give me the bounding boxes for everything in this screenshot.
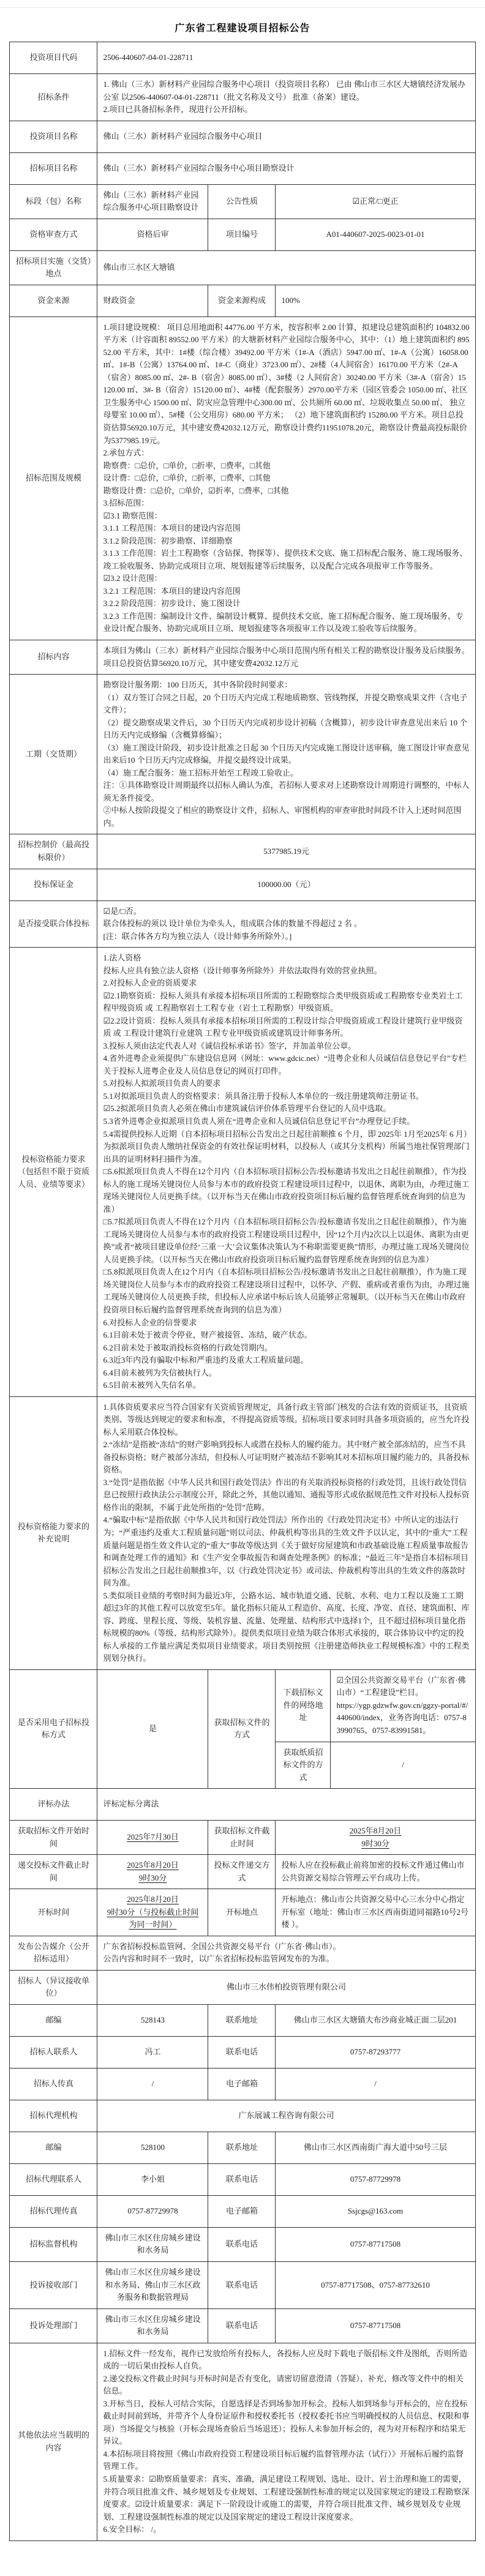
text-line: ☑3.1 勘察范围： — [103, 510, 469, 523]
row-agency-contact: 招标代理联系人李小姐联系电话0757-87729978 — [10, 2163, 475, 2195]
text-line: ☑5.2拟派项目负责人必须在佛山市建筑诚信评价体系管理平台登记的人员中选取。 — [103, 1103, 469, 1115]
electronic-bidding-paper-label: 获取纸质招标文件的方式 — [276, 1742, 331, 1789]
electronic-bidding-download-label: 下载招标文件的网络地址 — [276, 1669, 331, 1742]
text-line: 5.1对拟派项目负责人的资格要求：须具备注册于投标人本单位的一级注册建筑师注册证… — [103, 1090, 469, 1103]
text-line: 3.“处罚”是指依据《中华人民共和国行政处罚法》作出的有关取消投标资格的行政处罚… — [103, 1477, 469, 1515]
supervision-agency-value-2: 0757-87717508 — [276, 2227, 475, 2261]
bidder-qualification-requirements-label: 投标资格能力要求（包括但不限于资质人员、业绩等要求） — [10, 948, 97, 1397]
bid-section-name-value: 佛山（三水）新材料产业园综合服务中心项目勘察设计 — [97, 184, 208, 219]
text-line: 2.承包方式： — [103, 447, 469, 460]
text-line: 勘察费：□总价，□单价，□折率，□费率，□其他 — [103, 460, 469, 473]
row-announcement-media: 发布公告媒介（公开招标适用）广东省招标投标监管网、全国公共资源交易平台（广东省·… — [10, 1936, 475, 1970]
agency-contact-value-2: 0757-87729978 — [276, 2163, 475, 2195]
text-line: （2）提交勘察成果文件后，30 个日历天内完成初步设计初稿（含概算），初步设计审… — [103, 717, 469, 742]
text-line: ☑3.2 设计范围： — [103, 572, 469, 585]
tender-scope-and-scale-value: 1.项目建设规模： 项目总用地面积 44776.00 平方米，按容积率 2.00… — [97, 316, 475, 640]
announcement-table: 投资项目代码2506-440607-04-01-228711招标条件1. 佛山（… — [9, 42, 475, 2541]
text-line: 2.对投标人企业的资质要求 — [103, 977, 469, 990]
tenderer-contact-value-2: 0757-87293777 — [276, 2036, 475, 2068]
supervision-agency-label: 招标监督机构 — [10, 2227, 97, 2261]
tenderer-fax-label: 招标人传真 — [10, 2068, 97, 2100]
agency-postcode-label-2: 联系地址 — [208, 2132, 276, 2163]
bid-section-name-label-2: 公告性质 — [208, 184, 276, 219]
qualification-review-method-value-2: A01-440607-2025-0023-01-01 — [276, 219, 475, 250]
construction-period-label: 工期（交货期） — [10, 675, 97, 834]
row-tender-content: 招标内容本项目为佛山（三水）新材料产业园综合服务中心项目范围内所有相关工程的勘察… — [10, 640, 475, 675]
text-line: 5.对投标人拟派项目负责人的要求 — [103, 1077, 469, 1090]
text-line: 2025年8月20日 — [281, 1825, 469, 1838]
text-line: ☑是/□否。 — [103, 905, 469, 918]
electronic-bidding-value: 是 — [97, 1669, 208, 1788]
bid-opening-label-2: 开标地点 — [208, 1889, 276, 1936]
text-line: 4.省外进粤企业须提供广东建设信息网（网址：www.gdcic.net）“进粤企… — [103, 1052, 469, 1077]
qualification-supplementary-notes-value: 1.具体资质要求应当符合国家有关资质管理规定，具备行政主管部门核发的合法有效的资… — [97, 1396, 475, 1669]
text-line: □5.6拟派项目负责人不得在12个月内（自本招标项目招标公告/投标邀请书发出之日… — [103, 1166, 469, 1216]
row-implementation-delivery-location: 招标项目实施（交货）地点佛山市三水区大塘镇 — [10, 250, 475, 285]
electronic-bidding-label: 是否采用电子招标投标方式 — [10, 1669, 97, 1788]
text-line: 6.2目前未处于被取消投标资格的行政处罚期内。 — [103, 1342, 469, 1355]
agency-postcode-value: 528100 — [97, 2132, 208, 2163]
text-line: 4.“骗取中标”是指依据《中华人民共和国行政处罚法》所作出的《行政处罚决定书》中… — [103, 1514, 469, 1589]
tenderer-contact-label-2: 联系电话 — [208, 2036, 276, 2068]
text-line: 投标人应具有独立法人资格（设计师事务所除外）并依法取得有效的营业执照。 — [103, 965, 469, 978]
announcement-media-label: 发布公告媒介（公开招标适用） — [10, 1936, 97, 1970]
text-line: 2.递交投标文件截止时间与开标时间是否有变化，请密切留意澄清（答疑）、补充、修改… — [103, 2373, 469, 2398]
complaint-handling-department-value-2: 0757-87717508 — [276, 2308, 475, 2343]
agency-contact-label: 招标代理联系人 — [10, 2163, 97, 2195]
complaint-handling-department-label-2: 联系电话 — [208, 2308, 276, 2343]
text-line: 3.2.3 工作范围：编制设计文件、编制设计概算、提供技术交底、施工招标配合服务… — [103, 610, 469, 635]
text-line: 2.项目已具备招标条件，现进行公开招标。 — [103, 103, 469, 116]
text-line: 6.对投标人企业的信誉要求 — [103, 1317, 469, 1330]
text-line: 2025年8月20日 — [103, 1859, 202, 1872]
text-line: https://ygp.gdzwfw.gov.cn/ggzy-portal/#/… — [336, 1699, 469, 1737]
investment-project-name-value: 佛山（三水）新材料产业园综合服务中心项目 — [97, 121, 475, 152]
row-complaint-receiving-department: 投诉接收部门佛山市三水区住房城乡建设和水务局、佛山市三水区政务服务和数据管理局联… — [10, 2262, 475, 2309]
text-line: □5.7拟派项目负责人不得在12个月内（自本招标项目招标公告/投标邀请书发出之日… — [103, 1216, 469, 1266]
text-line: 3.开标当日，投标人可结合实际，自愿选择是否到场参加开标会。投标人如到场参与开标… — [103, 2398, 469, 2448]
row-tenderer-postcode: 邮编528143联系地址佛山市三水区大塘镇大布沙商业城正面二层201 — [10, 2004, 475, 2036]
text-line: （3）施工图设计阶段，初步设计批准之日起 30 个日历天内完成施工图设计送审稿，… — [103, 742, 469, 767]
text-line: 9时30分 — [103, 1872, 202, 1885]
other-legal-content-value: 1.招标文件一经发布，视作已发放给所有投标人，各投标人应及时下载电子版招标文件及… — [97, 2343, 475, 2540]
funding-source-label-2: 资金来源构成 — [208, 285, 276, 316]
evaluation-method-value: 评标定标分离法 — [97, 1789, 475, 1821]
funding-source-value-2: 100% — [276, 285, 475, 316]
tenderer-postcode-value-2: 佛山市三水区大塘镇大布沙商业城正面二层201 — [276, 2004, 475, 2036]
row-agency-postcode: 邮编528100联系地址佛山市三水区西南街广海大道中50号三层 — [10, 2132, 475, 2163]
text-line: 5.3省外进粤企业拟派项目负责人须在“进粤企业和人员诚信信息登记平台”办理登记手… — [103, 1115, 469, 1128]
text-line: 1.法人资格 — [103, 952, 469, 965]
qualification-review-method-label-2: 项目编号 — [208, 219, 276, 250]
qualification-review-method-value: 资格后审 — [97, 219, 208, 250]
tender-content-value: 本项目为佛山（三水）新材料产业园综合服务中心项目范围内所有相关工程的勘察设计服务… — [97, 640, 475, 675]
page-top-divider — [0, 7, 485, 8]
row-funding-source: 资金来源财政资金资金来源构成100% — [10, 285, 475, 316]
bid-section-name-value-2: ☑正常/□更正 — [276, 184, 475, 219]
tenderer-postcode-label: 邮编 — [10, 2004, 97, 2036]
bid-section-name-label: 标段（包）名称 — [10, 184, 97, 219]
bid-submission-deadline-label: 递交投标文件截止时间 — [10, 1855, 97, 1889]
text-line: 6.4目前未被列为失信被执行人。 — [103, 1367, 469, 1380]
text-line: 5.4需提供投标人近期（自本招标项目招标公告发出之日起往前顺推 6 个月，即 2… — [103, 1128, 469, 1166]
investment-project-code-label: 投资项目代码 — [10, 42, 97, 74]
text-line: 广东省招标投标监管网、全国公共资源交易平台（广东省·佛山市）。 — [103, 1941, 469, 1953]
text-line: [注：联合体各方均为独立法人（设计师事务所除外）。] — [103, 930, 469, 943]
text-line: ☑2.2设计资质：投标人须具有承接本招标项目所需的工程设计综合甲级资质或工程设计… — [103, 1015, 469, 1040]
bid-submission-deadline-value-2: 投标人应在投标截止前将加密的投标文件通过佛山市公共资源交易综合管理云平台成功上传… — [276, 1855, 475, 1889]
text-line: 公告内容和时间不一致时，以广东省招标投标监管网发布的为准。 — [103, 1953, 469, 1966]
row-tender-control-price: 招标控制价（最高投标限价）5377985.19元 — [10, 834, 475, 869]
document-obtain-time-value-2: 2025年8月20日9时30分 — [276, 1821, 475, 1855]
text-line: 1.项目建设规模： 项目总用地面积 44776.00 平方米，按容积率 2.00… — [103, 321, 469, 447]
text-line: 6.3近3年内没有骗取中标和严重违约及重大工程质量问题。 — [103, 1354, 469, 1367]
bid-submission-deadline-value: 2025年8月20日9时30分 — [97, 1855, 208, 1889]
tender-content-label: 招标内容 — [10, 640, 97, 675]
electronic-bidding-method-label: 获取招标文件的方式 — [208, 1669, 276, 1788]
text-line: 勘察设计服务期：100 日历天，其中各阶段时间要求： — [103, 679, 469, 692]
supervision-agency-label-2: 联系电话 — [208, 2227, 276, 2261]
text-line: ②中标人按阶段提交了相应的勘察设计文件，招标人、审图机构的审查审批时间段不计入上… — [103, 804, 469, 829]
row-electronic-bidding: 是否采用电子招标投标方式是获取招标文件的方式下载招标文件的网络地址☑全国公共资源… — [10, 1669, 475, 1742]
agency-fax-label: 招标代理传真 — [10, 2195, 97, 2227]
complaint-handling-department-value: 佛山市三水区住房城乡建设和水务局 — [97, 2308, 208, 2343]
investment-project-name-label: 投资项目名称 — [10, 121, 97, 152]
text-line: 1.具体资质要求应当符合国家有关资质管理规定，具备行政主管部门核发的合法有效的资… — [103, 1401, 469, 1439]
text-line: 6.5目前未被列入失信名单。 — [103, 1379, 469, 1392]
tender-control-price-value: 5377985.19元 — [97, 834, 475, 869]
text-line: 5.质量要求：☑勘察质量要求：真实、准确，满足建设工程规划、选址、设计、岩土治理… — [103, 2473, 469, 2523]
text-line: 2.“冻结”是指被“冻结”的财产影响到投标人或潜在投标人的履约能力。其中财产被全… — [103, 1439, 469, 1477]
bid-bond-value: 100000.00（元） — [97, 869, 475, 900]
text-line: （1）双方签订合同之日起，20 个日历天内完成工程地质勘察、管线物探，并提交勘察… — [103, 692, 469, 717]
row-bid-bond: 投标保证金100000.00（元） — [10, 869, 475, 900]
bidder-qualification-requirements-value: 1.法人资格投标人应具有独立法人资格（设计师事务所除外）并依法取得有效的营业执照… — [97, 948, 475, 1397]
row-construction-period: 工期（交货期）勘察设计服务期：100 日历天，其中各阶段时间要求：（1）双方签订… — [10, 675, 475, 834]
row-qualification-supplementary-notes: 投标资格能力要求的补充说明1.具体资质要求应当符合国家有关资质管理规定，具备行政… — [10, 1396, 475, 1669]
bid-opening-value-2: 开标地点：佛山市公共资源交易中心三水分中心指定开标室（地址：佛山市三水区西南街道… — [276, 1889, 475, 1936]
row-investment-project-name: 投资项目名称佛山（三水）新材料产业园综合服务中心项目 — [10, 121, 475, 152]
text-line: 3.1.2 阶段范围：初步勘察、详细勘察 — [103, 535, 469, 548]
funding-source-label: 资金来源 — [10, 285, 97, 316]
announcement-media-value: 广东省招标投标监管网、全国公共资源交易平台（广东省·佛山市）。公告内容和时间不一… — [97, 1936, 475, 1970]
consortium-bidding-label: 是否接受联合体投标 — [10, 900, 97, 948]
agency-fax-value: 0757-87729978 — [97, 2195, 208, 2227]
row-consortium-bidding: 是否接受联合体投标☑是/□否。联合体投标的须以 设计单位为牵头人，组成联合体的数… — [10, 900, 475, 948]
investment-project-code-value: 2506-440607-04-01-228711 — [97, 42, 475, 74]
complaint-handling-department-label: 投诉处理部门 — [10, 2308, 97, 2343]
text-line: 5.类似项目业绩的考察时间为最近3年，公路水运、城市轨道交通、民航、水利、电力工… — [103, 1590, 469, 1665]
tender-agency-value: 广东展诚工程咨询有限公司 — [97, 2100, 475, 2132]
document-obtain-time-label: 获取招标文件开始时间 — [10, 1821, 97, 1855]
row-bid-opening: 开标时间2025年8月20日9时30分（与投标截止时间为同一时间）开标地点开标地… — [10, 1889, 475, 1936]
text-line: 6.安全目标： /。 — [103, 2523, 469, 2536]
supervision-agency-value: 佛山市三水区住房城乡建设和水务局 — [97, 2227, 208, 2261]
tenderer-value: 佛山市三水伟柏投资管理有限公司 — [97, 1970, 475, 2004]
bid-submission-deadline-label-2: 投标文件递交方式 — [208, 1855, 276, 1889]
text-line: 3.2.1 工程范围：本项目的建设内容范围 — [103, 585, 469, 598]
consortium-bidding-value: ☑是/□否。联合体投标的须以 设计单位为牵头人，组成联合体的数量不得超过 2 名… — [97, 900, 475, 948]
row-tenderer: 招标人（异议接收单位）佛山市三水伟柏投资管理有限公司 — [10, 1970, 475, 2004]
bid-bond-label: 投标保证金 — [10, 869, 97, 900]
row-investment-project-code: 投资项目代码2506-440607-04-01-228711 — [10, 42, 475, 74]
tender-control-price-label: 招标控制价（最高投标限价） — [10, 834, 97, 869]
agency-contact-label-2: 联系电话 — [208, 2163, 276, 2195]
complaint-receiving-department-label-2: 联系电话 — [208, 2262, 276, 2309]
row-tenderer-fax: 招标人传真/电子邮箱/ — [10, 2068, 475, 2100]
tender-conditions-value: 1. 佛山（三水）新材料产业园综合服务中心项目（投资项目名称） 已由 佛山市三水… — [97, 74, 475, 121]
text-line: 9时30分（与投标截止时间为同一时间） — [103, 1906, 202, 1931]
text-line: 4.本招标项目将按照《佛山市政府投资工程建设项目标后履约监督管理办法（试行）》开… — [103, 2448, 469, 2473]
text-line: 1.招标文件一经发布，视作已发放给所有投标人，各投标人应及时下载电子版招标文件及… — [103, 2348, 469, 2373]
document-obtain-time-value: 2025年7月30日 — [97, 1821, 208, 1855]
row-bidder-qualification-requirements: 投标资格能力要求（包括但不限于资质人员、业绩等要求）1.法人资格投标人应具有独立… — [10, 948, 475, 1397]
agency-fax-label-2: 电子邮箱 — [208, 2195, 276, 2227]
evaluation-method-label: 评标办法 — [10, 1789, 97, 1821]
qualification-supplementary-notes-label: 投标资格能力要求的补充说明 — [10, 1396, 97, 1669]
text-line: 9时30分 — [281, 1838, 469, 1851]
agency-fax-value-2: Ssjcgs@163.com — [276, 2195, 475, 2227]
tenderer-postcode-value: 528143 — [97, 2004, 208, 2036]
electronic-bidding-download-value: ☑全国公共资源交易平台（广东省·佛山市）“工程建设”栏目。https://ygp… — [331, 1669, 475, 1742]
other-legal-content-label: 其他依法应当载明的内容 — [10, 2343, 97, 2540]
text-line: 3.1.3 工作范围：岩土工程勘察（含钻探、物探等）、提供技术交底、施工招标配合… — [103, 547, 469, 572]
text-line: 6.1目前未处于被责令停业，财产被接管、冻结，破产状态。 — [103, 1329, 469, 1342]
tenderer-contact-label: 招标人联系人 — [10, 2036, 97, 2068]
row-bid-section-name: 标段（包）名称佛山（三水）新材料产业园综合服务中心项目勘察设计公告性质☑正常/□… — [10, 184, 475, 219]
complaint-receiving-department-value-2: 0757-87717508、0757-87732610 — [276, 2262, 475, 2309]
implementation-delivery-location-value: 佛山市三水区大塘镇 — [97, 250, 475, 285]
tender-project-name-label: 招标项目名称 — [10, 152, 97, 184]
row-document-obtain-time: 获取招标文件开始时间2025年7月30日获取招标文件截止时间2025年8月20日… — [10, 1821, 475, 1855]
tender-agency-label: 招标代理机构 — [10, 2100, 97, 2132]
text-line: □5.8拟派项目负责人在12个月内（自本招标项目招标公告/投标邀请书发出之日起往… — [103, 1266, 469, 1316]
row-supervision-agency: 招标监督机构佛山市三水区住房城乡建设和水务局联系电话0757-87717508 — [10, 2227, 475, 2261]
row-complaint-handling-department: 投诉处理部门佛山市三水区住房城乡建设和水务局联系电话0757-87717508 — [10, 2308, 475, 2343]
text-line: ☑2.1勘察资质：投标人须具有承接本招标项目所需的工程勘察综合类甲级资质或工程勘… — [103, 990, 469, 1015]
text-line: 注：①具体勘察设计周期最终以招标人确认为准，若招标人要求对上述勘察设计周期进行调… — [103, 779, 469, 804]
text-line: 2025年8月20日 — [103, 1893, 202, 1906]
text-line: ☑全国公共资源交易平台（广东省·佛山市）“工程建设”栏目。 — [336, 1674, 469, 1699]
row-tender-conditions: 招标条件1. 佛山（三水）新材料产业园综合服务中心项目（投资项目名称） 已由 佛… — [10, 74, 475, 121]
funding-source-value: 财政资金 — [97, 285, 208, 316]
tenderer-label: 招标人（异议接收单位） — [10, 1970, 97, 2004]
text-line: 3.投标人须由法定代表人对《诚信投标承诺书》签字，并加盖单位公章。 — [103, 1040, 469, 1053]
tender-conditions-label: 招标条件 — [10, 74, 97, 121]
tenderer-fax-label-2: 电子邮箱 — [208, 2068, 276, 2100]
text-line: 勘察设计费：□总价，□单价，☑折率，□费率，□其他 — [103, 485, 469, 498]
text-line: （4）施工配合服务：施工招标开始至工程竣工验收止。 — [103, 767, 469, 780]
tenderer-fax-value: / — [97, 2068, 208, 2100]
tender-project-name-value: 佛山（三水）新材料产业园综合服务中心项目勘察设计 — [97, 152, 475, 184]
bid-opening-label: 开标时间 — [10, 1889, 97, 1936]
row-evaluation-method: 评标办法评标定标分离法 — [10, 1789, 475, 1821]
text-line: 1. 佛山（三水）新材料产业园综合服务中心项目（投资项目名称） 已由 佛山市三水… — [103, 78, 469, 103]
tender-scope-and-scale-label: 招标范围及规模 — [10, 316, 97, 640]
tenderer-postcode-label-2: 联系地址 — [208, 2004, 276, 2036]
row-tender-agency: 招标代理机构广东展诚工程咨询有限公司 — [10, 2100, 475, 2132]
announcement-table-rows: 投资项目代码2506-440607-04-01-228711招标条件1. 佛山（… — [10, 42, 475, 2541]
agency-postcode-value-2: 佛山市三水区西南街广海大道中50号三层 — [276, 2132, 475, 2163]
electronic-bidding-paper-value: / — [331, 1742, 475, 1789]
complaint-receiving-department-value: 佛山市三水区住房城乡建设和水务局、佛山市三水区政务服务和数据管理局 — [97, 2262, 208, 2309]
row-bid-submission-deadline: 递交投标文件截止时间2025年8月20日9时30分投标文件递交方式投标人应在投标… — [10, 1855, 475, 1889]
agency-contact-value: 李小姐 — [97, 2163, 208, 2195]
text-line: 联合体投标的须以 设计单位为牵头人，组成联合体的数量不得超过 2 名 。 — [103, 918, 469, 930]
row-tender-project-name: 招标项目名称佛山（三水）新材料产业园综合服务中心项目勘察设计 — [10, 152, 475, 184]
tenderer-contact-value: 冯工 — [97, 2036, 208, 2068]
document-obtain-time-label-2: 获取招标文件截止时间 — [208, 1821, 276, 1855]
page-title: 广东省工程建设项目招标公告 — [0, 20, 485, 34]
qualification-review-method-label: 资格审查方式 — [10, 219, 97, 250]
row-tenderer-contact: 招标人联系人冯工联系电话0757-87293777 — [10, 2036, 475, 2068]
implementation-delivery-location-label: 招标项目实施（交货）地点 — [10, 250, 97, 285]
construction-period-value: 勘察设计服务期：100 日历天，其中各阶段时间要求：（1）双方签订合同之日起，2… — [97, 675, 475, 834]
text-line: 3.1.1 工程范围：本项目的建设内容范围 — [103, 522, 469, 535]
row-other-legal-content: 其他依法应当载明的内容1.招标文件一经发布，视作已发放给所有投标人，各投标人应及… — [10, 2343, 475, 2540]
bid-opening-value: 2025年8月20日9时30分（与投标截止时间为同一时间） — [97, 1889, 208, 1936]
row-qualification-review-method: 资格审查方式资格后审项目编号A01-440607-2025-0023-01-01 — [10, 219, 475, 250]
complaint-receiving-department-label: 投诉接收部门 — [10, 2262, 97, 2309]
agency-postcode-label: 邮编 — [10, 2132, 97, 2163]
text-line: 3.招标范围： — [103, 497, 469, 510]
row-tender-scope-and-scale: 招标范围及规模1.项目建设规模： 项目总用地面积 44776.00 平方米，按容… — [10, 316, 475, 640]
tenderer-fax-value-2: / — [276, 2068, 475, 2100]
row-agency-fax: 招标代理传真0757-87729978电子邮箱Ssjcgs@163.com — [10, 2195, 475, 2227]
text-line: 设计费：□总价，□单价，□折率，□费率，□其他 — [103, 472, 469, 485]
text-line: 3.2.2 阶段范围：初步设计、施工图设计 — [103, 597, 469, 610]
